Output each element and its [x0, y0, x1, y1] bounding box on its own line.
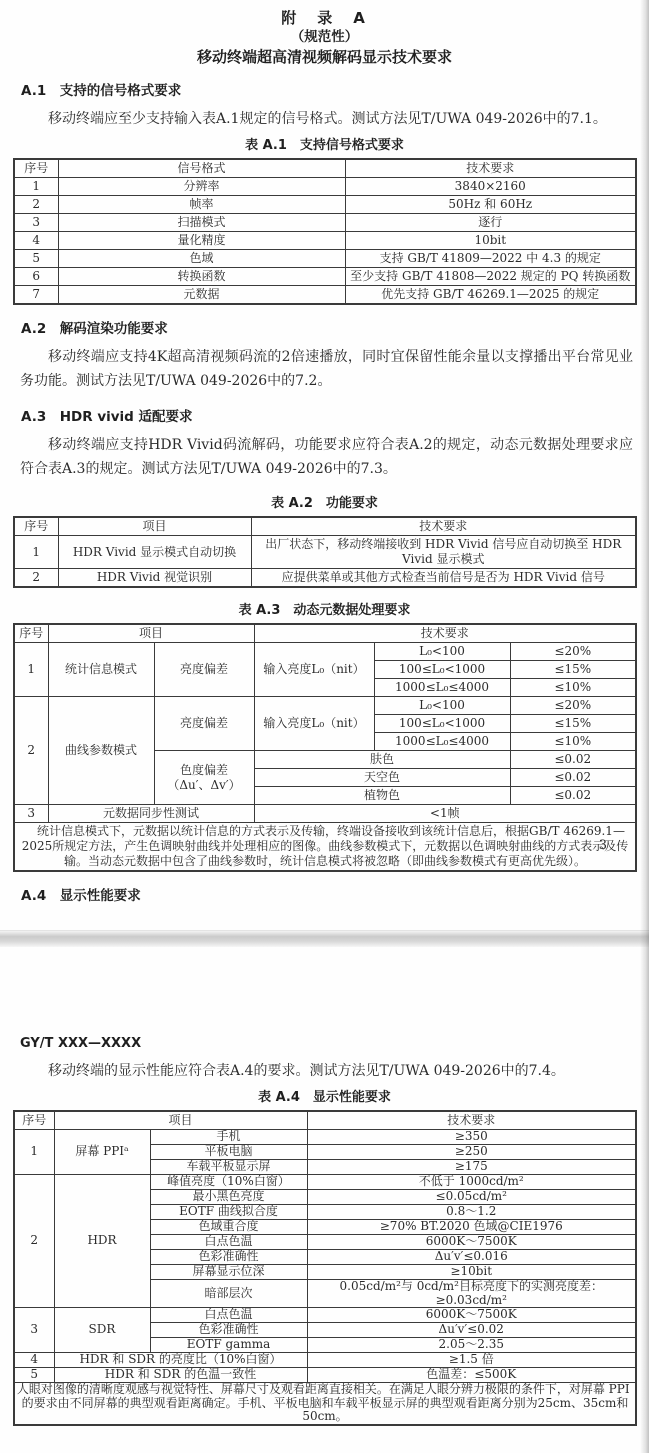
table-cell: 10bit	[345, 232, 636, 250]
table-footnote-row: 统计信息模式下，元数据以统计信息的方式表示及传输，终端设备接收到该统计信息后，根…	[14, 823, 636, 872]
table-cell: 1000≤L₀≤4000	[374, 679, 510, 697]
table-cell: 峰值亮度（10%白窗）	[150, 1175, 307, 1190]
table-cell: 量化精度	[58, 232, 345, 250]
table-cell: 1	[14, 1130, 54, 1175]
column-header: 序号	[14, 159, 58, 178]
table-cell: 3	[14, 805, 48, 823]
table-cell: HDR 和 SDR 的色温一致性	[54, 1368, 307, 1383]
table-cell: 逐行	[345, 214, 636, 232]
column-header: 技术要求	[345, 159, 636, 178]
table-cell: L₀<100	[374, 697, 510, 715]
table-cell: ≤0.02	[510, 751, 636, 769]
table-cell: <1帧	[254, 805, 636, 823]
table-a4: 序号 项目 技术要求 1 屏幕 PPIᵃ 手机 ≥350 平板电脑 ≥250 车…	[13, 1110, 637, 1426]
appendix-title: 附 录 A	[0, 8, 649, 28]
table-cell: ≤0.02	[510, 787, 636, 805]
table-header-row: 序号 项目 技术要求	[14, 1111, 636, 1130]
table-cell: Δu′v′≤0.016	[307, 1250, 636, 1265]
table-cell: 输入亮度L₀（nit）	[254, 643, 374, 697]
table-cell: 2	[14, 697, 48, 805]
table-row: 2 曲线参数模式 亮度偏差 输入亮度L₀（nit） L₀<100 ≤20%	[14, 697, 636, 715]
table-a1-caption: 表 A.1 支持信号格式要求	[0, 137, 649, 154]
table-footnote: ᵃ 人眼对图像的清晰度观感与视觉特性、屏幕尺寸及观看距离直接相关。在满足人眼分辨…	[14, 1383, 636, 1425]
table-cell: 2	[14, 569, 58, 588]
table-cell: 曲线参数模式	[48, 697, 154, 805]
table-cell: 平板电脑	[150, 1145, 307, 1160]
table-a3-caption: 表 A.3 动态元数据处理要求	[0, 602, 649, 619]
table-cell: 6000K～7500K	[307, 1235, 636, 1250]
table-cell: 2.05～2.35	[307, 1338, 636, 1353]
table-row: 6 转换函数 至少支持 GB/T 41808—2022 规定的 PQ 转换函数	[14, 268, 636, 286]
table-cell: 色域	[58, 250, 345, 268]
page-number: 3	[599, 838, 607, 853]
section-a3-heading: A.3 HDR vivid 适配要求	[21, 409, 629, 426]
page-separator	[0, 930, 649, 947]
table-cell: 50Hz 和 60Hz	[345, 196, 636, 214]
table-a1: 序号 信号格式 技术要求 1 分辨率 3840×2160 2 帧率 50Hz 和…	[13, 158, 637, 305]
table-cell: 3	[14, 214, 58, 232]
table-cell: 帧率	[58, 196, 345, 214]
column-header: 技术要求	[251, 517, 636, 536]
table-cell: ≤10%	[510, 733, 636, 751]
page-2: GY/T XXX—XXXX 移动终端的显示性能应符合表A.4的要求。测试方法见T…	[0, 947, 649, 1453]
section-a4-paragraph: 移动终端的显示性能应符合表A.4的要求。测试方法见T/UWA 049-2026中…	[20, 1059, 633, 1083]
table-cell: 5	[14, 1368, 54, 1383]
table-cell: 4	[14, 1353, 54, 1368]
table-cell: 出厂状态下，移动终端接收到 HDR Vivid 信号应自动切换至 HDR Viv…	[251, 536, 636, 569]
table-header-row: 序号 项目 技术要求	[14, 517, 636, 536]
section-a2-heading: A.2 解码渲染功能要求	[21, 321, 629, 338]
table-cell: 1	[14, 178, 58, 196]
column-header: 项目	[58, 517, 251, 536]
appendix-subtitle: 移动终端超高清视频解码显示技术要求	[0, 47, 649, 67]
table-header-row: 序号 信号格式 技术要求	[14, 159, 636, 178]
table-cell: ≥250	[307, 1145, 636, 1160]
table-row: 2 HDR 峰值亮度（10%白窗） 不低于 1000cd/m²	[14, 1175, 636, 1190]
table-cell: ≥175	[307, 1160, 636, 1175]
table-cell: Δu′v′≤0.02	[307, 1323, 636, 1338]
table-cell: 1	[14, 643, 48, 697]
table-cell: 2	[14, 196, 58, 214]
section-a3-paragraph: 移动终端应支持HDR Vivid码流解码，功能要求应符合表A.2的规定，动态元数…	[20, 433, 633, 481]
table-cell: 色彩准确性	[150, 1323, 307, 1338]
section-a1-heading: A.1 支持的信号格式要求	[21, 83, 629, 100]
table-cell: ≤15%	[510, 715, 636, 733]
table-cell: 亮度偏差	[154, 643, 254, 697]
scanned-standard-document: { "p1": { "title1": "附 录 A", "title2": "…	[0, 0, 649, 1453]
table-cell: 肤色	[254, 751, 510, 769]
table-cell: 最小黑色亮度	[150, 1190, 307, 1205]
table-row: 4 HDR 和 SDR 的亮度比（10%白窗） ≥1.5 倍	[14, 1353, 636, 1368]
table-a2: 序号 项目 技术要求 1 HDR Vivid 显示模式自动切换 出厂状态下，移动…	[13, 516, 637, 588]
table-footnote-row: ᵃ 人眼对图像的清晰度观感与视觉特性、屏幕尺寸及观看距离直接相关。在满足人眼分辨…	[14, 1383, 636, 1425]
table-cell: 统计信息模式	[48, 643, 154, 697]
table-cell: 3840×2160	[345, 178, 636, 196]
table-cell: ≤10%	[510, 679, 636, 697]
table-cell: 亮度偏差	[154, 697, 254, 751]
table-cell: 4	[14, 232, 58, 250]
table-cell: 支持 GB/T 41809—2022 中 4.3 的规定	[345, 250, 636, 268]
table-row: 1 HDR Vivid 显示模式自动切换 出厂状态下，移动终端接收到 HDR V…	[14, 536, 636, 569]
table-cell: 色温差：≤500K	[307, 1368, 636, 1383]
table-cell: 元数据	[58, 286, 345, 305]
column-header: 信号格式	[58, 159, 345, 178]
table-cell: 至少支持 GB/T 41808—2022 规定的 PQ 转换函数	[345, 268, 636, 286]
table-cell: ≤20%	[510, 697, 636, 715]
table-cell: 优先支持 GB/T 46269.1—2025 的规定	[345, 286, 636, 305]
section-a1-paragraph: 移动终端应至少支持输入表A.1规定的信号格式。测试方法见T/UWA 049-20…	[20, 107, 633, 131]
table-cell: EOTF gamma	[150, 1338, 307, 1353]
table-cell: HDR Vivid 视觉识别	[58, 569, 251, 588]
table-cell: 应提供菜单或其他方式检查当前信号是否为 HDR Vivid 信号	[251, 569, 636, 588]
column-header: 序号	[14, 1111, 54, 1130]
table-cell: 1	[14, 536, 58, 569]
table-cell: 7	[14, 286, 58, 305]
table-cell: 植物色	[254, 787, 510, 805]
table-cell: ≥70% BT.2020 色域@CIE1976	[307, 1220, 636, 1235]
table-cell: EOTF 曲线拟合度	[150, 1205, 307, 1220]
table-cell: HDR	[54, 1175, 150, 1308]
table-cell: ≤0.05cd/m²	[307, 1190, 636, 1205]
table-row: 4 量化精度 10bit	[14, 232, 636, 250]
column-header: 项目	[54, 1111, 307, 1130]
table-header-row: 序号 项目 技术要求	[14, 624, 636, 643]
table-cell: 100≤L₀<1000	[374, 661, 510, 679]
table-cell: 扫描模式	[58, 214, 345, 232]
table-cell: 转换函数	[58, 268, 345, 286]
table-cell: 5	[14, 250, 58, 268]
table-cell: ≤0.02	[510, 769, 636, 787]
table-cell: 手机	[150, 1130, 307, 1145]
table-cell: 3	[14, 1308, 54, 1353]
table-cell: 白点色温	[150, 1308, 307, 1323]
table-cell: 0.05cd/m²与 0cd/m²目标亮度下的实测亮度差：≥0.03cd/m²	[307, 1280, 636, 1308]
table-row: 5 HDR 和 SDR 的色温一致性 色温差：≤500K	[14, 1368, 636, 1383]
column-header: 技术要求	[254, 624, 636, 643]
table-cell: ≤20%	[510, 643, 636, 661]
table-footnote: 统计信息模式下，元数据以统计信息的方式表示及传输，终端设备接收到该统计信息后，根…	[14, 823, 636, 872]
table-row: 1 屏幕 PPIᵃ 手机 ≥350	[14, 1130, 636, 1145]
table-cell: 天空色	[254, 769, 510, 787]
table-cell: HDR 和 SDR 的亮度比（10%白窗）	[54, 1353, 307, 1368]
table-cell: 色度偏差 （Δu′、Δv′）	[154, 751, 254, 805]
table-cell: ≥350	[307, 1130, 636, 1145]
table-row: 3 扫描模式 逐行	[14, 214, 636, 232]
table-cell: 暗部层次	[150, 1280, 307, 1308]
table-cell: HDR Vivid 显示模式自动切换	[58, 536, 251, 569]
table-row: 2 帧率 50Hz 和 60Hz	[14, 196, 636, 214]
table-row: 5 色域 支持 GB/T 41809—2022 中 4.3 的规定	[14, 250, 636, 268]
column-header: 技术要求	[307, 1111, 636, 1130]
column-header: 项目	[48, 624, 254, 643]
table-cell: ≥1.5 倍	[307, 1353, 636, 1368]
table-cell: 2	[14, 1175, 54, 1308]
table-cell: 6000K～7500K	[307, 1308, 636, 1323]
section-a2-paragraph: 移动终端应支持4K超高清视频码流的2倍速播放，同时宜保留性能余量以支撑播出平台常…	[20, 345, 633, 393]
table-cell: 屏幕 PPIᵃ	[54, 1130, 150, 1175]
table-cell: 输入亮度L₀（nit）	[254, 697, 374, 751]
table-a4-caption: 表 A.4 显示性能要求	[0, 1089, 649, 1106]
column-header: 序号	[14, 624, 48, 643]
table-cell: 屏幕显示位深	[150, 1265, 307, 1280]
table-cell: 1000≤L₀≤4000	[374, 733, 510, 751]
column-header: 序号	[14, 517, 58, 536]
table-cell: 色域重合度	[150, 1220, 307, 1235]
table-cell: 元数据同步性测试	[48, 805, 254, 823]
table-a2-caption: 表 A.2 功能要求	[0, 495, 649, 512]
table-a3: 序号 项目 技术要求 1 统计信息模式 亮度偏差 输入亮度L₀（nit） L₀<…	[13, 623, 637, 872]
table-row: 2 HDR Vivid 视觉识别 应提供菜单或其他方式检查当前信号是否为 HDR…	[14, 569, 636, 588]
table-cell: 色彩准确性	[150, 1250, 307, 1265]
table-cell: 6	[14, 268, 58, 286]
table-cell: 不低于 1000cd/m²	[307, 1175, 636, 1190]
table-row: 1 统计信息模式 亮度偏差 输入亮度L₀（nit） L₀<100 ≤20%	[14, 643, 636, 661]
table-cell: 分辨率	[58, 178, 345, 196]
section-a4-heading: A.4 显示性能要求	[21, 888, 629, 905]
table-cell: 0.8～1.2	[307, 1205, 636, 1220]
table-row: 7 元数据 优先支持 GB/T 46269.1—2025 的规定	[14, 286, 636, 305]
table-cell: SDR	[54, 1308, 150, 1353]
table-cell: L₀<100	[374, 643, 510, 661]
table-row: 1 分辨率 3840×2160	[14, 178, 636, 196]
table-cell: ≤15%	[510, 661, 636, 679]
table-cell: ≥10bit	[307, 1265, 636, 1280]
appendix-normative-label: （规范性）	[0, 28, 649, 47]
table-cell: 白点色温	[150, 1235, 307, 1250]
table-row: 3 元数据同步性测试 <1帧	[14, 805, 636, 823]
table-row: 3 SDR 白点色温 6000K～7500K	[14, 1308, 636, 1323]
table-cell: 车载平板显示屏	[150, 1160, 307, 1175]
running-header: GY/T XXX—XXXX	[20, 1035, 649, 1052]
table-cell: 100≤L₀<1000	[374, 715, 510, 733]
page-1: 附 录 A （规范性） 移动终端超高清视频解码显示技术要求 A.1 支持的信号格…	[0, 0, 649, 930]
